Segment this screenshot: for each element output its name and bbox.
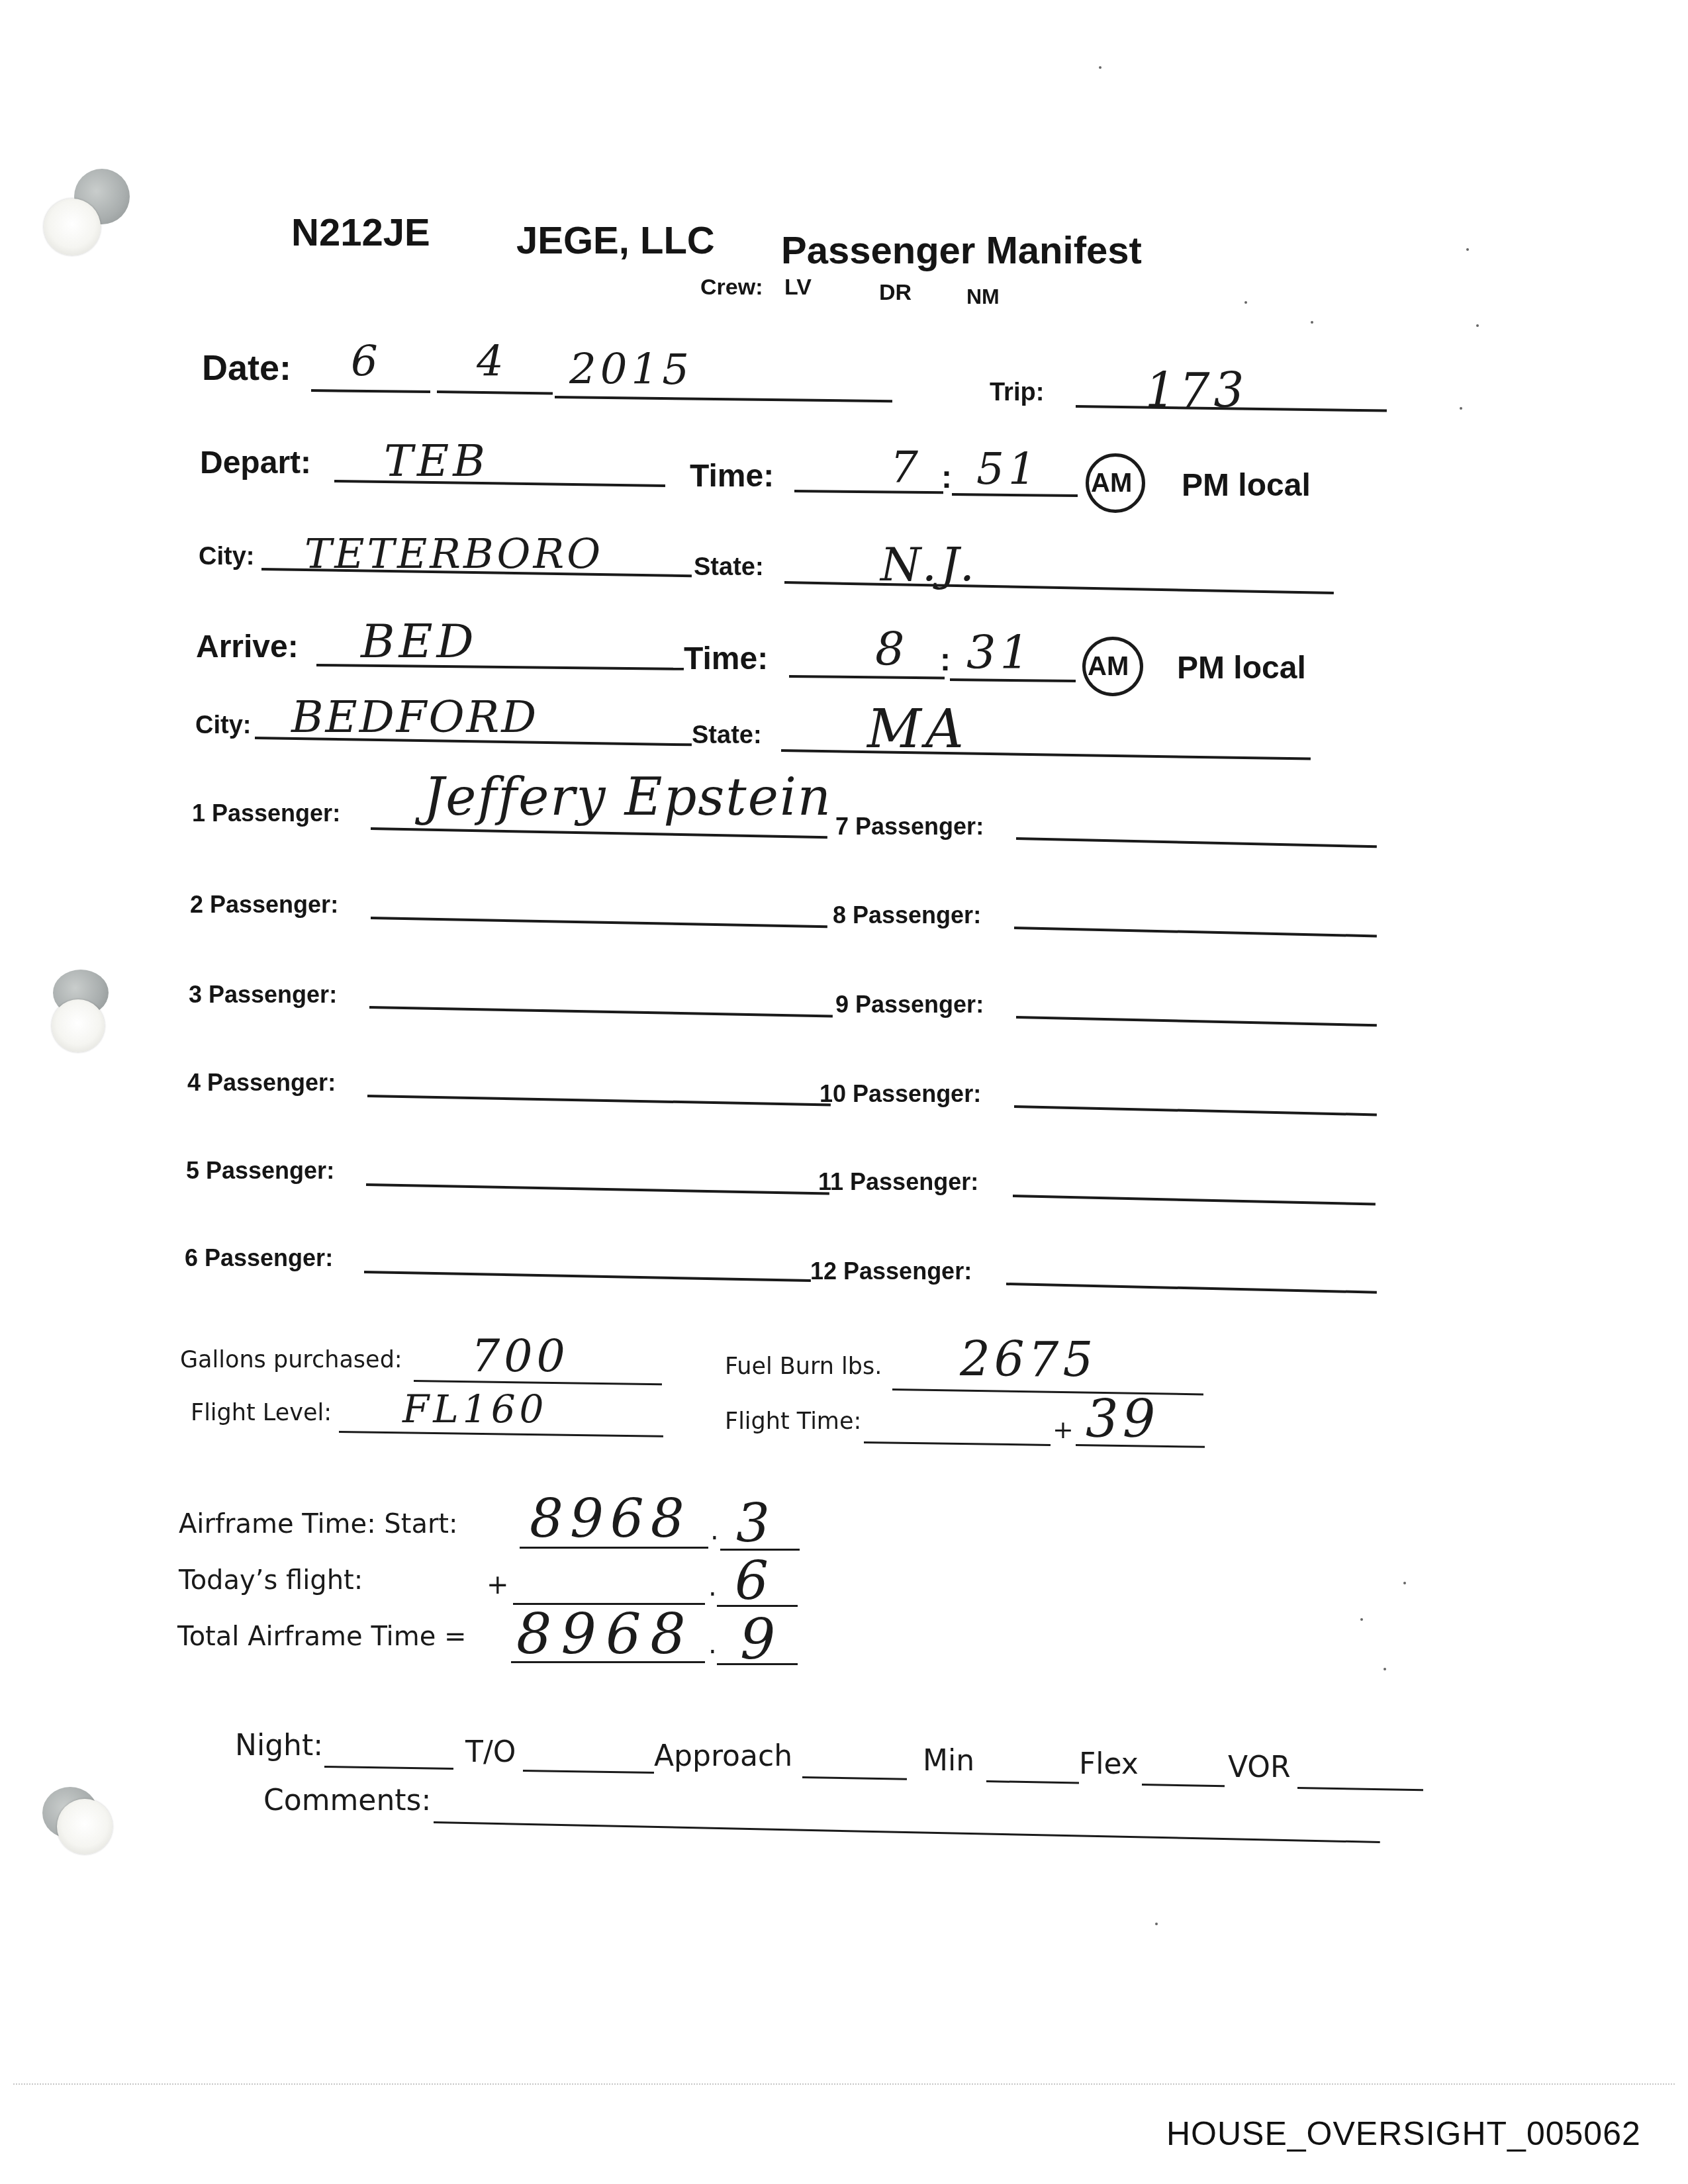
date-day-value[interactable]: 4 xyxy=(477,338,508,387)
todays-flight-label: Today’s flight: xyxy=(179,1565,363,1596)
passenger-1-label: 1 Passenger: xyxy=(192,799,340,827)
passenger-1-value[interactable]: Jeffery Epstein xyxy=(424,768,832,827)
vor-line xyxy=(1297,1787,1423,1791)
company-name: JEGE, LLC xyxy=(516,218,715,263)
date-label: Date: xyxy=(202,347,291,388)
punch-hole-middle xyxy=(52,999,105,1052)
passenger-4-line xyxy=(367,1095,831,1106)
crew-member-2: DR xyxy=(879,280,912,306)
passenger-2-line xyxy=(371,917,827,928)
passenger-9-line xyxy=(1016,1016,1377,1026)
arrive-state-label: State: xyxy=(692,721,762,750)
punch-hole-bottom xyxy=(57,1799,113,1854)
passenger-5-label: 5 Passenger: xyxy=(186,1157,334,1185)
depart-time-label: Time: xyxy=(690,458,774,494)
scan-speck xyxy=(1099,66,1102,69)
passenger-8-line xyxy=(1014,927,1377,937)
crew-label: Crew: xyxy=(700,275,763,300)
passenger-8-label: 8 Passenger: xyxy=(833,901,981,929)
depart-airport-value[interactable]: TEB xyxy=(384,435,489,486)
vor-label: VOR xyxy=(1228,1751,1291,1784)
approach-label: Approach xyxy=(654,1739,792,1773)
arrive-state-line xyxy=(781,749,1311,760)
flex-label: Flex xyxy=(1079,1747,1139,1781)
passenger-7-label: 7 Passenger: xyxy=(835,813,984,841)
airframe-start-label: Airframe Time: Start: xyxy=(179,1509,458,1539)
total-airframe-dot: . xyxy=(708,1629,717,1660)
page-title: Passenger Manifest xyxy=(781,228,1142,273)
passenger-7-line xyxy=(1016,837,1377,848)
arrive-time-hour-value[interactable]: 8 xyxy=(875,622,909,676)
gallons-purchased-label: Gallons purchased: xyxy=(180,1347,402,1373)
depart-state-label: State: xyxy=(694,553,764,582)
trip-number-value[interactable]: 173 xyxy=(1145,363,1248,418)
depart-pm-local-label[interactable]: PM local xyxy=(1182,467,1311,504)
passenger-10-line xyxy=(1014,1105,1377,1116)
passenger-9-label: 9 Passenger: xyxy=(835,991,984,1019)
scan-speck xyxy=(1155,1923,1158,1925)
date-year-line xyxy=(555,396,892,402)
approach-line xyxy=(802,1776,907,1780)
date-day-line xyxy=(437,390,553,394)
flight-level-value[interactable]: FL160 xyxy=(402,1387,547,1432)
passenger-2-label: 2 Passenger: xyxy=(190,891,338,919)
scan-edge-rule xyxy=(13,2083,1675,2085)
night-label: Night: xyxy=(235,1729,323,1762)
depart-time-hour-value[interactable]: 7 xyxy=(890,442,922,493)
gallons-purchased-value[interactable]: 700 xyxy=(471,1330,569,1383)
tail-number: N212JE xyxy=(291,210,430,255)
passenger-12-label: 12 Passenger: xyxy=(810,1257,972,1285)
passenger-6-label: 6 Passenger: xyxy=(185,1244,333,1272)
depart-city-value[interactable]: TETERBORO xyxy=(305,529,603,578)
arrive-city-value[interactable]: BEDFORD xyxy=(291,692,538,743)
arrive-pm-local-label[interactable]: PM local xyxy=(1177,650,1306,686)
airframe-start-decimal-value[interactable]: 3 xyxy=(736,1492,774,1554)
depart-label: Depart: xyxy=(200,445,311,481)
crew-member-1: LV xyxy=(784,275,812,300)
arrive-time-colon: : xyxy=(940,642,951,678)
scan-speck xyxy=(1460,407,1462,410)
date-month-value[interactable]: 6 xyxy=(351,338,382,387)
scan-speck xyxy=(1244,301,1247,304)
flight-time-label: Flight Time: xyxy=(725,1408,861,1435)
depart-state-value[interactable]: N.J. xyxy=(880,537,978,592)
flight-level-label: Flight Level: xyxy=(191,1400,332,1426)
arrive-label: Arrive: xyxy=(196,629,299,665)
passenger-12-line xyxy=(1006,1283,1377,1294)
airframe-start-dot: . xyxy=(710,1516,719,1546)
passenger-3-label: 3 Passenger: xyxy=(189,981,337,1009)
todays-flight-plus: + xyxy=(487,1570,509,1600)
comments-label: Comments: xyxy=(263,1784,431,1817)
takeoff-label: T/O xyxy=(465,1735,516,1769)
arrive-time-label: Time: xyxy=(684,641,768,677)
arrive-city-label: City: xyxy=(195,711,251,740)
passenger-4-label: 4 Passenger: xyxy=(187,1069,336,1097)
depart-state-line xyxy=(784,581,1334,594)
crew-member-3: NM xyxy=(966,285,1000,309)
flex-line xyxy=(1142,1784,1225,1787)
passenger-11-label: 11 Passenger: xyxy=(818,1168,978,1196)
passenger-11-line xyxy=(1013,1195,1376,1205)
min-label: Min xyxy=(923,1744,974,1778)
depart-time-minute-value[interactable]: 51 xyxy=(976,443,1040,494)
fuel-burn-value[interactable]: 2675 xyxy=(960,1332,1097,1387)
passenger-10-label: 10 Passenger: xyxy=(820,1080,981,1108)
comments-line xyxy=(434,1821,1380,1843)
date-month-line xyxy=(311,389,430,393)
passenger-1-line xyxy=(371,827,827,839)
todays-flight-dot: . xyxy=(708,1572,717,1602)
night-line xyxy=(324,1766,453,1770)
arrive-time-hour-line xyxy=(789,675,945,679)
flight-time-hours-line xyxy=(864,1441,1051,1446)
depart-am-option[interactable]: AM xyxy=(1091,469,1132,498)
todays-flight-decimal-value[interactable]: 6 xyxy=(735,1550,773,1612)
bates-number: HOUSE_OVERSIGHT_005062 xyxy=(1166,2115,1641,2153)
total-airframe-decimal-value[interactable]: 9 xyxy=(740,1607,779,1672)
total-airframe-whole-value[interactable]: 8968 xyxy=(516,1602,695,1666)
flight-time-plus: + xyxy=(1053,1415,1074,1444)
scan-speck xyxy=(1466,248,1469,251)
passenger-6-line xyxy=(364,1271,811,1282)
scan-speck xyxy=(1403,1582,1406,1584)
scan-speck xyxy=(1476,324,1479,327)
total-airframe-label: Total Airframe Time = xyxy=(177,1621,467,1652)
punch-hole-top xyxy=(44,199,101,255)
flight-time-minutes-value[interactable]: 39 xyxy=(1086,1390,1159,1449)
arrive-state-value[interactable]: MA xyxy=(867,698,968,760)
arrive-airport-value[interactable]: BED xyxy=(361,614,478,668)
scan-speck xyxy=(1311,321,1313,324)
arrive-am-option[interactable]: AM xyxy=(1088,652,1129,682)
passenger-5-line xyxy=(366,1183,829,1195)
passenger-3-line xyxy=(369,1006,833,1017)
fuel-burn-label: Fuel Burn lbs. xyxy=(725,1353,882,1380)
depart-time-colon: : xyxy=(941,459,952,496)
depart-city-label: City: xyxy=(199,543,254,571)
trip-label: Trip: xyxy=(990,379,1044,407)
scan-speck xyxy=(1360,1618,1363,1621)
airframe-start-whole-value[interactable]: 8968 xyxy=(530,1488,691,1549)
takeoff-line xyxy=(523,1770,654,1774)
arrive-time-minute-value[interactable]: 31 xyxy=(966,625,1033,680)
min-line xyxy=(986,1780,1079,1784)
scan-speck xyxy=(1383,1668,1386,1670)
flight-level-line xyxy=(339,1431,663,1437)
date-year-value[interactable]: 2015 xyxy=(569,345,693,394)
